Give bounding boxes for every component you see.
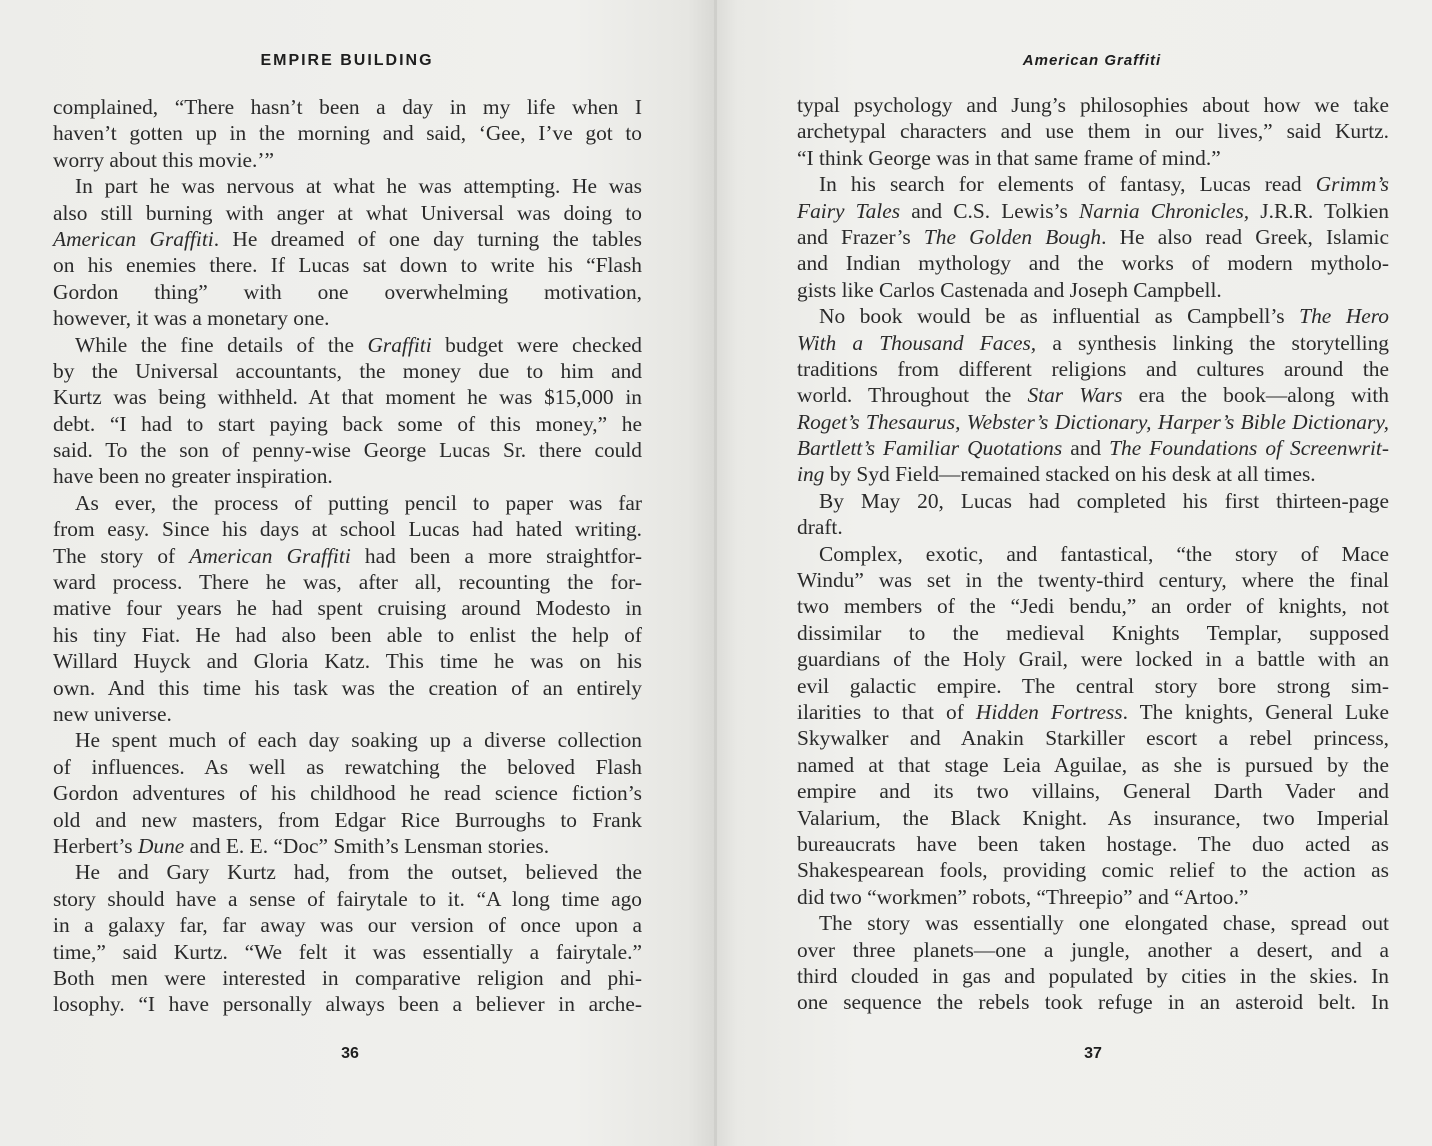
text-line: With a Thousand Faces, a synthesis linki… bbox=[797, 330, 1389, 356]
text-line: new universe. bbox=[53, 701, 642, 727]
text-line: and Indian mythology and the works of mo… bbox=[797, 250, 1389, 276]
text-line: of influences. As well as rewatching the… bbox=[53, 754, 642, 780]
text-line: In his search for elements of fantasy, L… bbox=[797, 171, 1389, 197]
text-line: “I think George was in that same frame o… bbox=[797, 145, 1389, 171]
text-line: two members of the “Jedi bendu,” an orde… bbox=[797, 593, 1389, 619]
text-line: bureaucrats have been taken hostage. The… bbox=[797, 831, 1389, 857]
text-line: Windu” was set in the twenty-third centu… bbox=[797, 567, 1389, 593]
text-line: gists like Carlos Castenada and Joseph C… bbox=[797, 277, 1389, 303]
text-line: ing by Syd Field—remained stacked on his… bbox=[797, 461, 1389, 487]
text-line: Willard Huyck and Gloria Katz. This time… bbox=[53, 648, 642, 674]
text-line: While the fine details of the Graffiti b… bbox=[53, 332, 642, 358]
text-line: his tiny Fiat. He had also been able to … bbox=[53, 622, 642, 648]
text-line: mative four years he had spent cruising … bbox=[53, 595, 642, 621]
text-line: on his enemies there. If Lucas sat down … bbox=[53, 252, 642, 278]
text-line: Bartlett’s Familiar Quotations and The F… bbox=[797, 435, 1389, 461]
right-page-number: 37 bbox=[1063, 1045, 1123, 1063]
text-line: also still burning with anger at what Un… bbox=[53, 200, 642, 226]
text-line: and Frazer’s The Golden Bough. He also r… bbox=[797, 224, 1389, 250]
text-line: typal psychology and Jung’s philosophies… bbox=[797, 92, 1389, 118]
text-line: have been no greater inspiration. bbox=[53, 463, 642, 489]
text-line: Roget’s Thesaurus, Webster’s Dictionary,… bbox=[797, 409, 1389, 435]
text-line: one sequence the rebels took refuge in a… bbox=[797, 989, 1389, 1015]
text-line: however, it was a monetary one. bbox=[53, 305, 642, 331]
text-line: losophy. “I have personally always been … bbox=[53, 991, 642, 1017]
text-line: in a galaxy far, far away was our versio… bbox=[53, 912, 642, 938]
text-line: named at that stage Leia Aguilae, as she… bbox=[797, 752, 1389, 778]
text-line: complained, “There hasn’t been a day in … bbox=[53, 94, 642, 120]
text-line: old and new masters, from Edgar Rice Bur… bbox=[53, 807, 642, 833]
text-line: evil galactic empire. The central story … bbox=[797, 673, 1389, 699]
text-line: dissimilar to the medieval Knights Templ… bbox=[797, 620, 1389, 646]
text-line: did two “workmen” robots, “Threepio” and… bbox=[797, 884, 1389, 910]
text-line: Skywalker and Anakin Starkiller escort a… bbox=[797, 725, 1389, 751]
text-line: Both men were interested in comparative … bbox=[53, 965, 642, 991]
text-line: The story of American Graffiti had been … bbox=[53, 543, 642, 569]
book-gutter bbox=[714, 0, 717, 1146]
text-line: Kurtz was being withheld. At that moment… bbox=[53, 384, 642, 410]
text-line: third clouded in gas and populated by ci… bbox=[797, 963, 1389, 989]
text-line: time,” said Kurtz. “We felt it was essen… bbox=[53, 939, 642, 965]
right-running-head: American Graffiti bbox=[797, 52, 1387, 69]
text-line: over three planets—one a jungle, another… bbox=[797, 937, 1389, 963]
text-line: archetypal characters and use them in ou… bbox=[797, 118, 1389, 144]
text-line: traditions from different religions and … bbox=[797, 356, 1389, 382]
left-page-body: complained, “There hasn’t been a day in … bbox=[53, 94, 642, 1018]
text-line: He and Gary Kurtz had, from the outset, … bbox=[53, 859, 642, 885]
text-line: ilarities to that of Hidden Fortress. Th… bbox=[797, 699, 1389, 725]
text-line: Gordon adventures of his childhood he re… bbox=[53, 780, 642, 806]
left-running-head: EMPIRE BUILDING bbox=[52, 52, 642, 70]
text-line: Herbert’s Dune and E. E. “Doc” Smith’s L… bbox=[53, 833, 642, 859]
text-line: American Graffiti. He dreamed of one day… bbox=[53, 226, 642, 252]
text-line: world. Throughout the Star Wars era the … bbox=[797, 382, 1389, 408]
text-line: Fairy Tales and C.S. Lewis’s Narnia Chro… bbox=[797, 198, 1389, 224]
text-line: By May 20, Lucas had completed his first… bbox=[797, 488, 1389, 514]
text-line: Complex, exotic, and fantastical, “the s… bbox=[797, 541, 1389, 567]
text-line: draft. bbox=[797, 514, 1389, 540]
text-line: Valarium, the Black Knight. As insurance… bbox=[797, 805, 1389, 831]
text-line: guardians of the Holy Grail, were locked… bbox=[797, 646, 1389, 672]
text-line: Gordon thing” with one overwhelming moti… bbox=[53, 279, 642, 305]
text-line: In part he was nervous at what he was at… bbox=[53, 173, 642, 199]
text-line: No book would be as influential as Campb… bbox=[797, 303, 1389, 329]
text-line: said. To the son of penny-wise George Lu… bbox=[53, 437, 642, 463]
left-page-number: 36 bbox=[320, 1045, 380, 1063]
text-line: by the Universal accountants, the money … bbox=[53, 358, 642, 384]
text-line: empire and its two villains, General Dar… bbox=[797, 778, 1389, 804]
text-line: As ever, the process of putting pencil t… bbox=[53, 490, 642, 516]
text-line: Shakespearean fools, providing comic rel… bbox=[797, 857, 1389, 883]
text-line: ward process. There he was, after all, r… bbox=[53, 569, 642, 595]
text-line: own. And this time his task was the crea… bbox=[53, 675, 642, 701]
text-line: debt. “I had to start paying back some o… bbox=[53, 411, 642, 437]
right-page-body: typal psychology and Jung’s philosophies… bbox=[797, 92, 1389, 1016]
text-line: from easy. Since his days at school Luca… bbox=[53, 516, 642, 542]
text-line: story should have a sense of fairytale t… bbox=[53, 886, 642, 912]
text-line: He spent much of each day soaking up a d… bbox=[53, 727, 642, 753]
text-line: haven’t gotten up in the morning and sai… bbox=[53, 120, 642, 146]
text-line: worry about this movie.’” bbox=[53, 147, 642, 173]
text-line: The story was essentially one elongated … bbox=[797, 910, 1389, 936]
